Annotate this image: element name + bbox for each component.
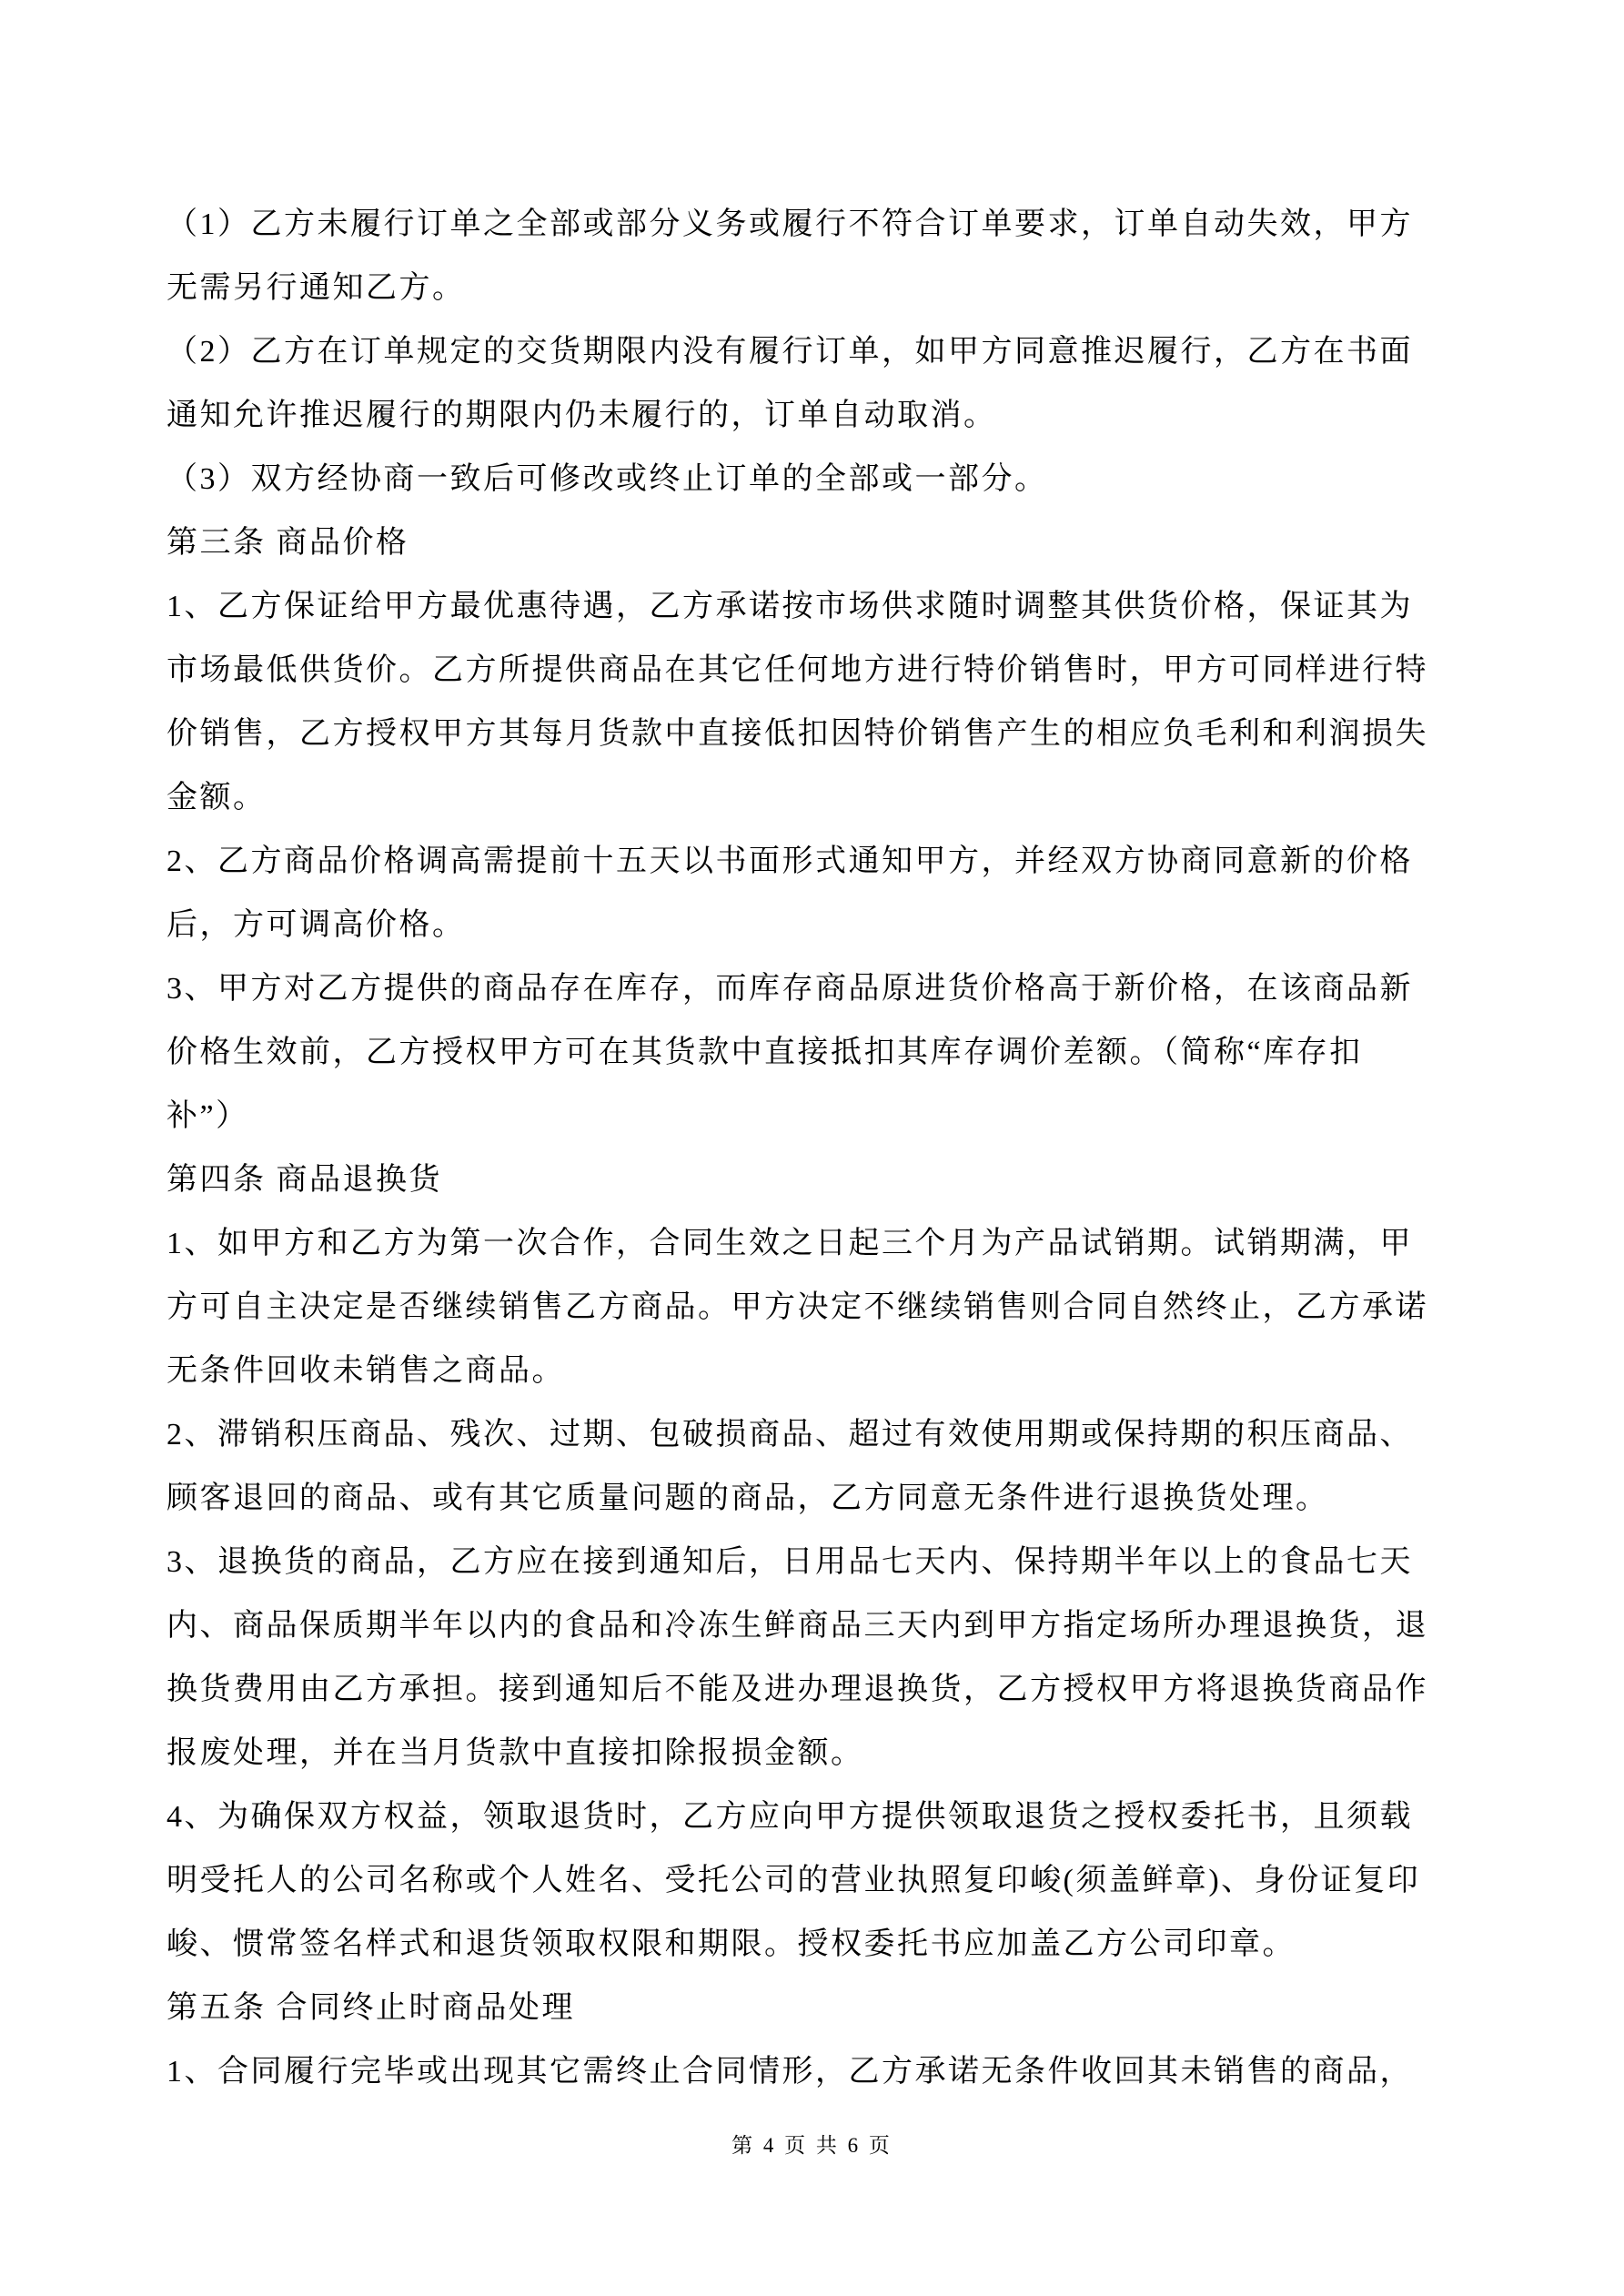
document-body: （1）乙方未履行订单之全部或部分义务或履行不符合订单要求，订单自动失效，甲方 无… <box>166 193 1449 2104</box>
document-page: （1）乙方未履行订单之全部或部分义务或履行不符合订单要求，订单自动失效，甲方 无… <box>0 0 1624 2296</box>
contract-line: 金额。 <box>166 766 1449 830</box>
contract-line: 价销售，乙方授权甲方其每月货款中直接低扣因特价销售产生的相应负毛利和利润损失 <box>166 703 1449 766</box>
contract-line: 补”） <box>166 1085 1449 1148</box>
contract-line: 4、为确保双方权益，领取退货时，乙方应向甲方提供领取退货之授权委托书，且须载 <box>166 1785 1449 1849</box>
contract-line: 方可自主决定是否继续销售乙方商品。甲方决定不继续销售则合同自然终止，乙方承诺 <box>166 1276 1449 1340</box>
contract-line: 无需另行通知乙方。 <box>166 257 1449 320</box>
contract-line: 1、合同履行完毕或出现其它需终止合同情形，乙方承诺无条件收回其未销售的商品， <box>166 2040 1449 2104</box>
contract-line: 顾客退回的商品、或有其它质量问题的商品，乙方同意无条件进行退换货处理。 <box>166 1467 1449 1531</box>
contract-line: 1、乙方保证给甲方最优惠待遇，乙方承诺按市场供求随时调整其供货价格，保证其为 <box>166 575 1449 639</box>
section-heading-line: 第四条 商品退换货 <box>166 1148 1449 1212</box>
contract-line: 明受托人的公司名称或个人姓名、受托公司的营业执照复印峻(须盖鲜章)、身份证复印 <box>166 1849 1449 1913</box>
contract-line: （1）乙方未履行订单之全部或部分义务或履行不符合订单要求，订单自动失效，甲方 <box>166 193 1449 257</box>
section-heading-line: 第五条 合同终止时商品处理 <box>166 1977 1449 2040</box>
contract-line: 市场最低供货价。乙方所提供商品在其它任何地方进行特价销售时，甲方可同样进行特 <box>166 639 1449 703</box>
page-footer: 第 4 页 共 6 页 <box>0 2129 1624 2159</box>
contract-line: 2、滞销积压商品、残次、过期、包破损商品、超过有效使用期或保持期的积压商品、 <box>166 1403 1449 1467</box>
contract-line: 无条件回收未销售之商品。 <box>166 1340 1449 1403</box>
contract-line: 换货费用由乙方承担。接到通知后不能及进办理退换货，乙方授权甲方将退换货商品作 <box>166 1658 1449 1722</box>
contract-line: 2、乙方商品价格调高需提前十五天以书面形式通知甲方，并经双方协商同意新的价格 <box>166 830 1449 894</box>
contract-line: 通知允许推迟履行的期限内仍未履行的，订单自动取消。 <box>166 384 1449 448</box>
contract-line: （3）双方经协商一致后可修改或终止订单的全部或一部分。 <box>166 448 1449 511</box>
section-heading-line: 第三条 商品价格 <box>166 511 1449 575</box>
contract-line: 内、商品保质期半年以内的食品和冷冻生鲜商品三天内到甲方指定场所办理退换货，退 <box>166 1594 1449 1658</box>
contract-line: 报废处理，并在当月货款中直接扣除报损金额。 <box>166 1722 1449 1785</box>
contract-line: 后，方可调高价格。 <box>166 894 1449 957</box>
contract-line: 3、退换货的商品，乙方应在接到通知后，日用品七天内、保持期半年以上的食品七天 <box>166 1531 1449 1594</box>
contract-line: （2）乙方在订单规定的交货期限内没有履行订单，如甲方同意推迟履行，乙方在书面 <box>166 320 1449 384</box>
page-number: 第 4 页 共 6 页 <box>731 2134 893 2157</box>
contract-line: 3、甲方对乙方提供的商品存在库存，而库存商品原进货价格高于新价格，在该商品新 <box>166 957 1449 1021</box>
contract-line: 峻、惯常签名样式和退货领取权限和期限。授权委托书应加盖乙方公司印章。 <box>166 1913 1449 1977</box>
contract-line: 1、如甲方和乙方为第一次合作，合同生效之日起三个月为产品试销期。试销期满，甲 <box>166 1212 1449 1276</box>
contract-line: 价格生效前，乙方授权甲方可在其货款中直接抵扣其库存调价差额。（简称“库存扣 <box>166 1021 1449 1085</box>
